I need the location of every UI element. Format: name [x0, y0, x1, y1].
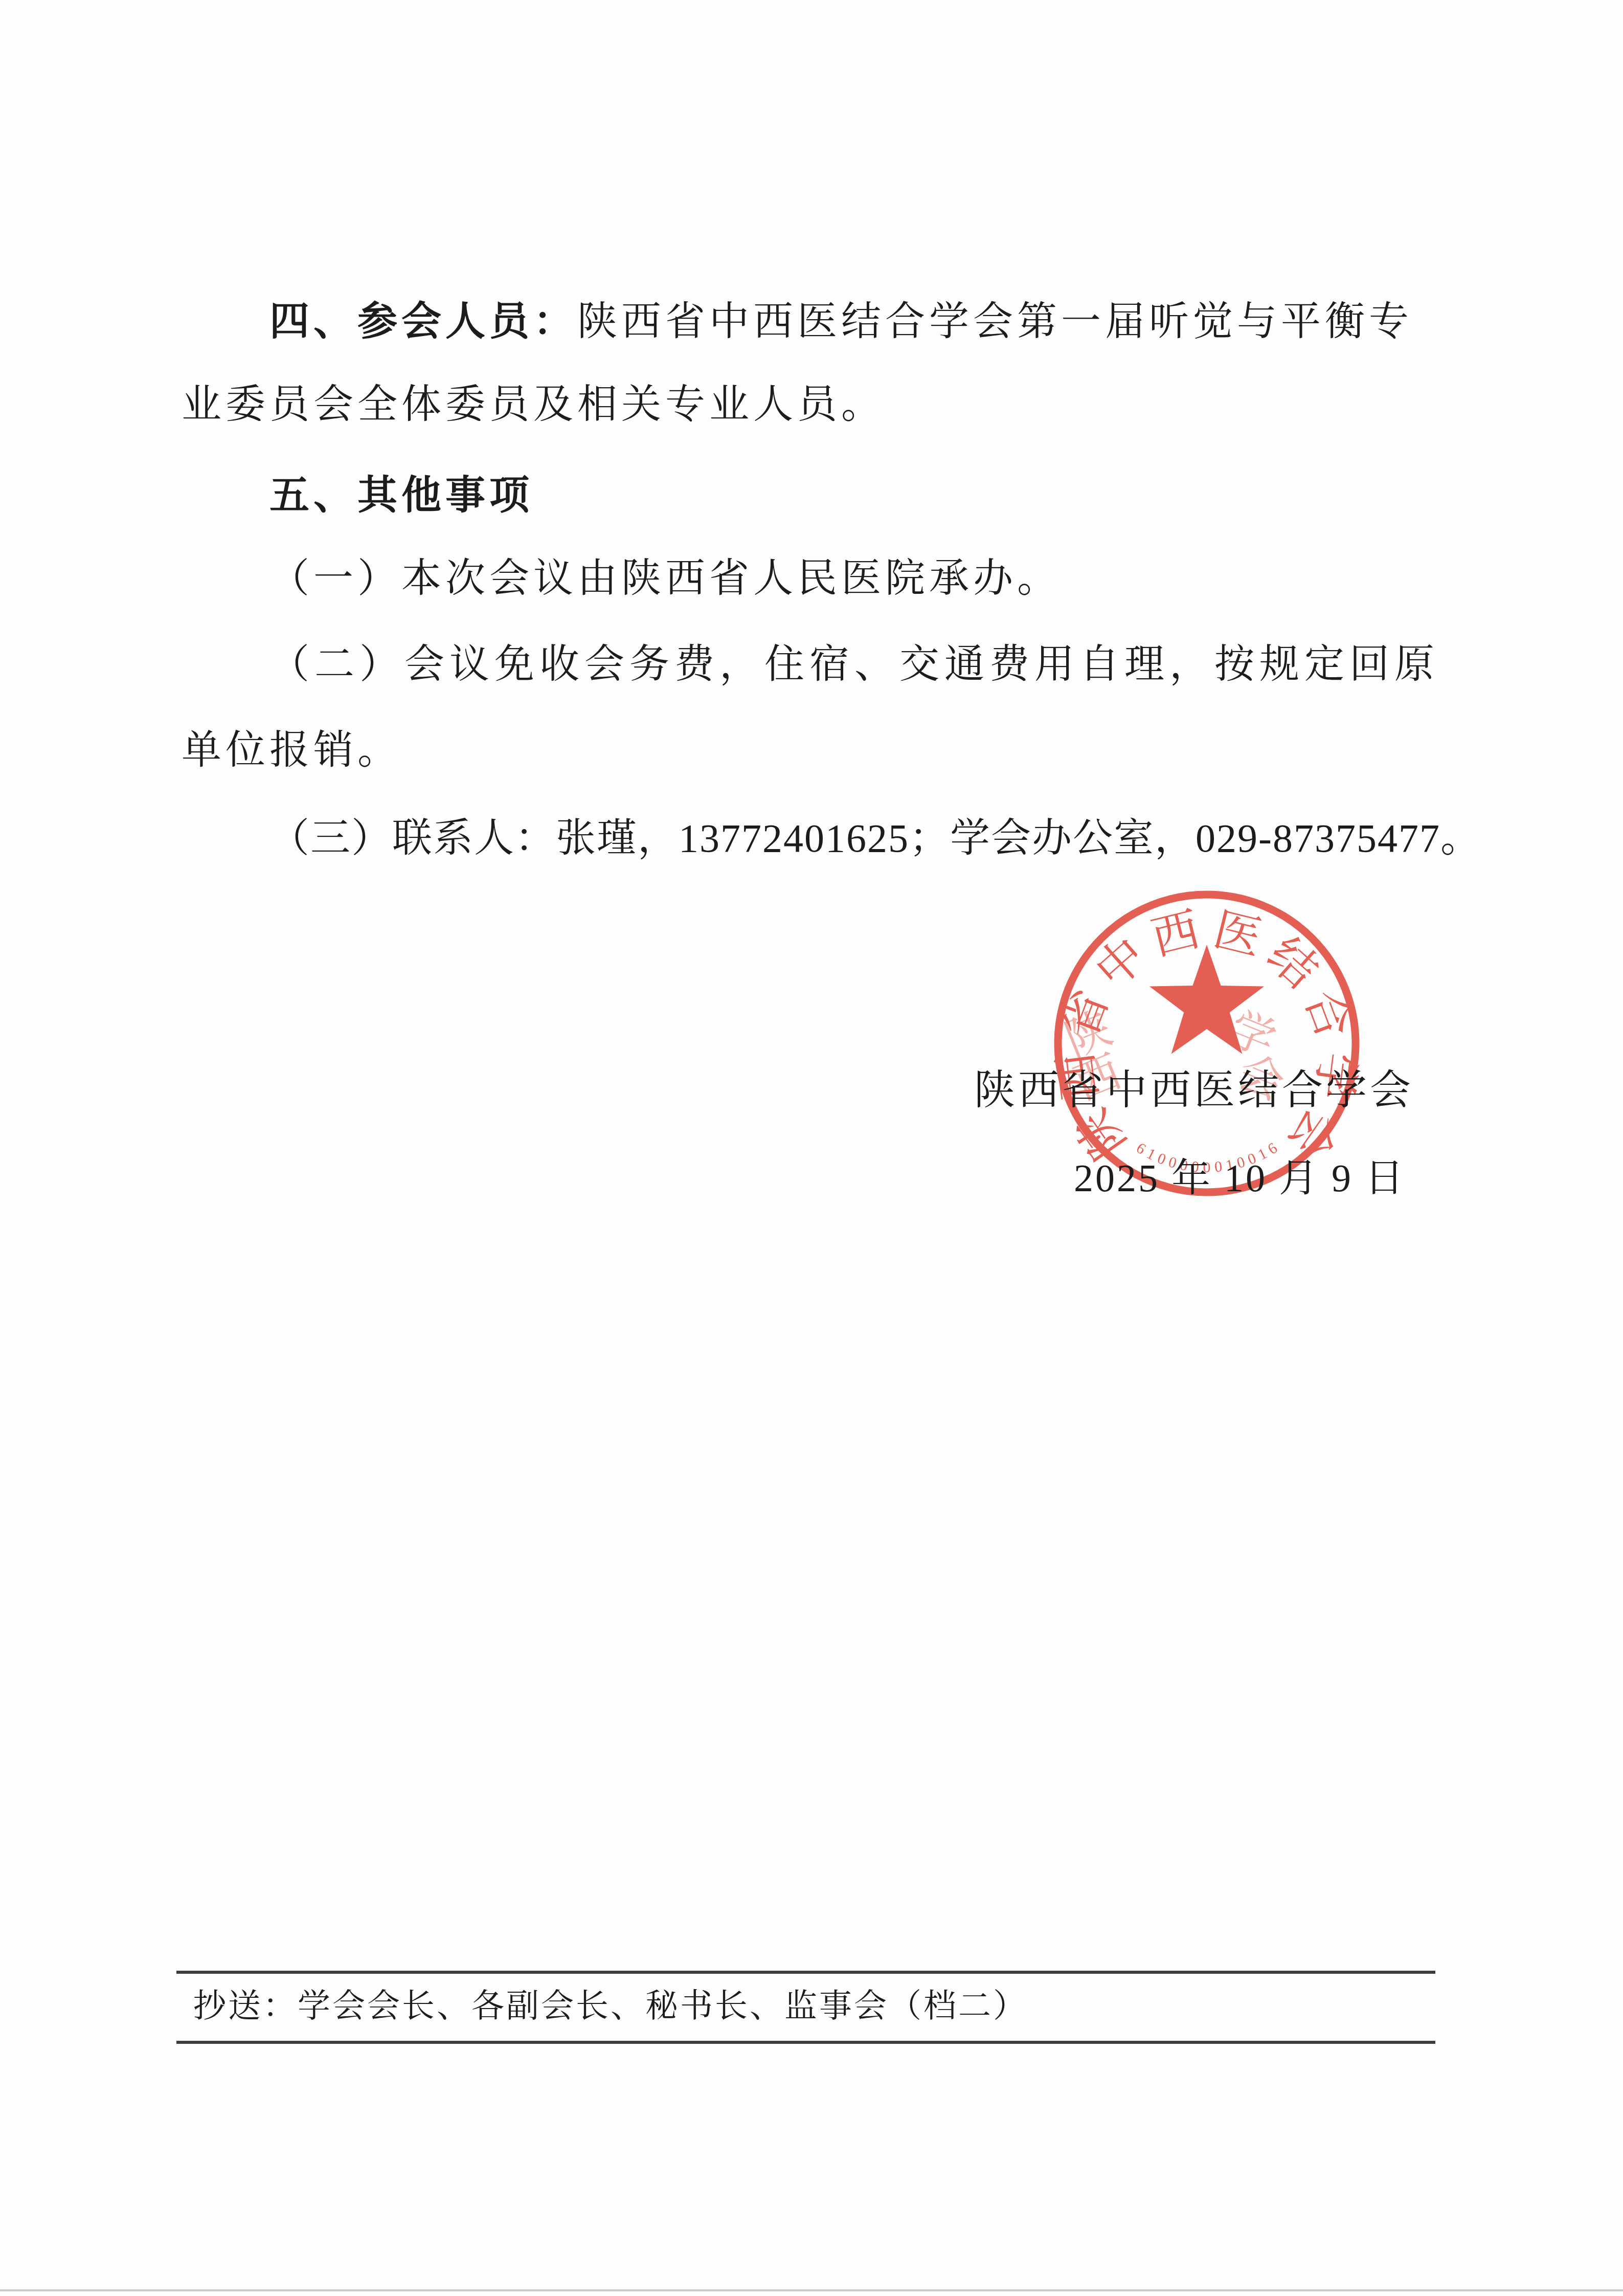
footer-rule-bottom — [176, 2041, 1435, 2044]
svg-text:合: 合 — [1295, 983, 1361, 1045]
body-line-item1: （一）本次会议由陕西省人民医院承办。 — [269, 559, 1061, 598]
footer-rule-top — [176, 1971, 1435, 1974]
body-line-participants: 四、参会人员：陕西省中西医结合学会第一届听觉与平衡专 — [269, 302, 1413, 342]
signature-date: 2025 年 10 月 9 日 — [1074, 1159, 1406, 1198]
section-5-heading: 五、其他事项 — [269, 476, 533, 516]
body-line-item3-contact: （三）联系人：张瑾，13772401625；学会办公室，029-87375477… — [269, 818, 1481, 858]
svg-text:西: 西 — [1146, 903, 1205, 965]
signature-org: 陕西省中西医结合学会 — [974, 1070, 1414, 1111]
body-line-participants-cont: 业委员会全体委员及相关专业人员。 — [182, 385, 885, 425]
svg-text:医: 医 — [1209, 903, 1267, 965]
document-page: 四、参会人员：陕西省中西医结合学会第一届听觉与平衡专 业委员会全体委员及相关专业… — [0, 0, 1623, 2296]
page-edge-shadow — [0, 2289, 1623, 2291]
body-line-item2-cont: 单位报销。 — [182, 730, 401, 770]
footer-cc-line: 抄送：学会会长、各副会长、秘书长、监事会（档二） — [193, 1990, 1028, 2022]
section-4-heading: 四、参会人员： — [269, 299, 577, 344]
body-line-item2: （二）会议免收会务费，住宿、交通费用自理，按规定回原 — [269, 644, 1439, 684]
section-4-text: 陕西省中西医结合学会第一届听觉与平衡专 — [577, 299, 1413, 344]
